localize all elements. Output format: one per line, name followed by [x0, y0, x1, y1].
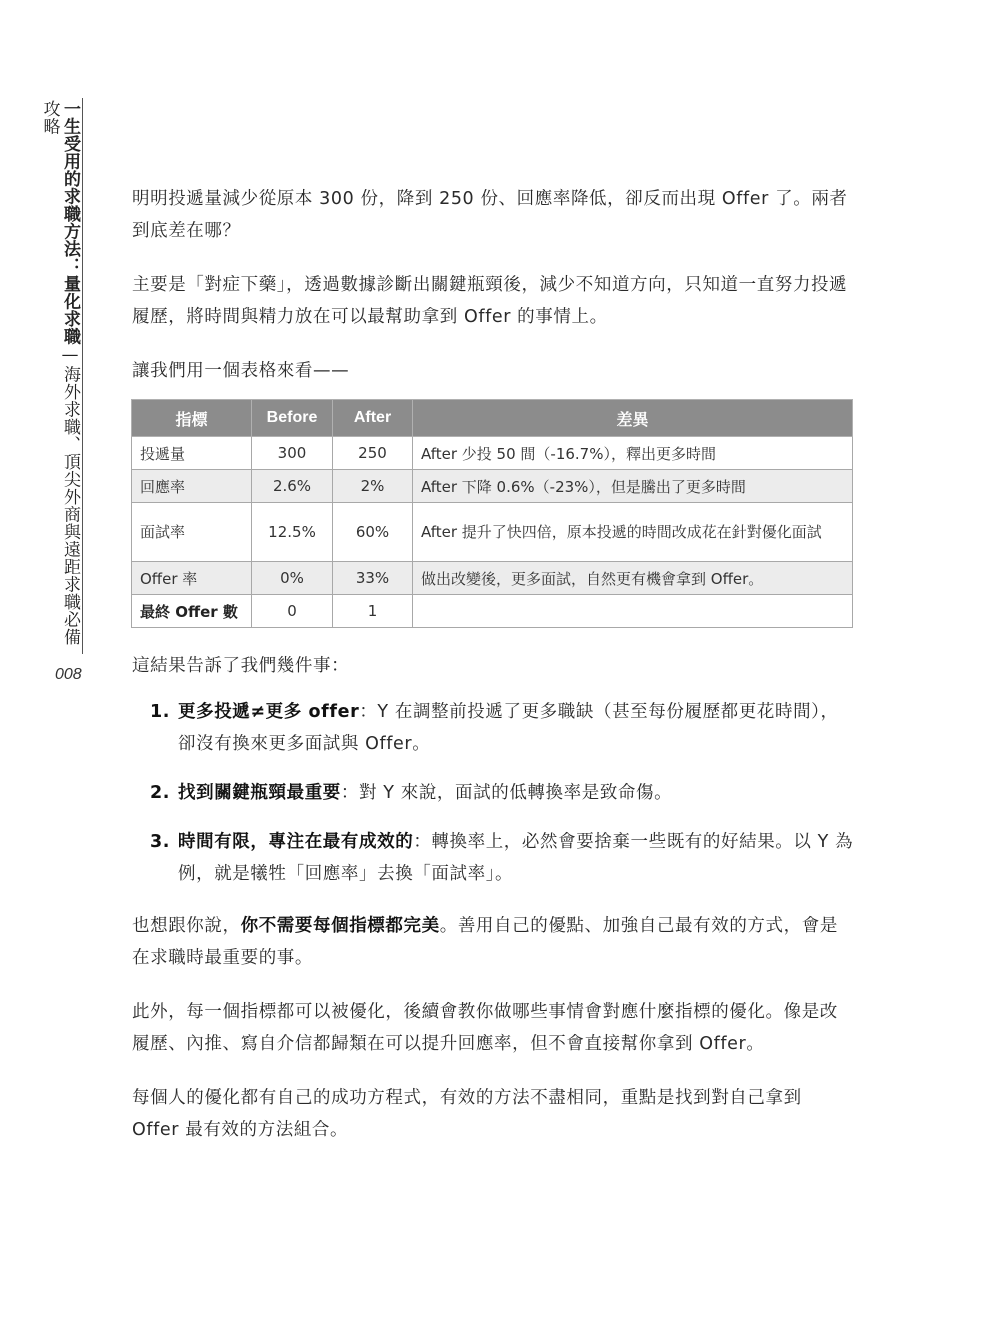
running-title-main: 一生受用的求職方法：量化求職 — [60, 100, 80, 345]
table-row: 投遞量 300 250 After 少投 50 間（-16.7%），釋出更多時間 — [132, 437, 853, 470]
paragraph-diagnosis: 主要是「對症下藥」，透過數據診斷出關鍵瓶頸後，減少不知道方向，只知道一直努力投遞… — [132, 269, 854, 333]
takeaways-list: 1.更多投遞≠更多 offer：Y 在調整前投遞了更多職缺（甚至每份履歷都更花時… — [132, 696, 854, 890]
cell-metric: 投遞量 — [132, 437, 252, 470]
cell-metric: 面試率 — [132, 503, 252, 562]
page-number: 008 — [55, 666, 82, 684]
cell-metric: 最終 Offer 數 — [132, 595, 252, 628]
text-segment: 也想跟你說， — [132, 916, 241, 936]
list-item: 2.找到關鍵瓶頸最重要：對 Y 來說，面試的低轉換率是致命傷。 — [150, 777, 854, 809]
paragraph-no-need-perfect: 也想跟你說，你不需要每個指標都完美。善用自己的優點、加強自己最有效的方式，會是在… — [132, 910, 854, 974]
list-item-heading: 時間有限，專注在最有成效的 — [178, 832, 413, 852]
table-row: 最終 Offer 數 0 1 — [132, 595, 853, 628]
table-row: 回應率 2.6% 2% After 下降 0.6%（-23%），但是騰出了更多時… — [132, 470, 853, 503]
paragraph-optimization: 此外，每一個指標都可以被優化，後續會教你做哪些事情會對應什麼指標的優化。像是改履… — [132, 996, 854, 1060]
paragraph-takeaways-lead: 這結果告訴了我們幾件事： — [132, 650, 854, 682]
header-difference: 差異 — [413, 400, 853, 437]
list-item-heading: 找到關鍵瓶頸最重要 — [178, 783, 341, 803]
list-item-text: ：對 Y 來說，面試的低轉換率是致命傷。 — [341, 783, 672, 803]
cell-before: 12.5% — [252, 503, 333, 562]
cell-after: 60% — [333, 503, 413, 562]
cell-diff: After 少投 50 間（-16.7%），釋出更多時間 — [413, 437, 853, 470]
list-item-heading: 更多投遞≠更多 offer — [178, 702, 359, 722]
list-item: 1.更多投遞≠更多 offer：Y 在調整前投遞了更多職缺（甚至每份履歷都更花時… — [150, 696, 854, 760]
cell-after: 2% — [333, 470, 413, 503]
cell-diff: 做出改變後，更多面試，自然更有機會拿到 Offer。 — [413, 562, 853, 595]
cell-diff: After 下降 0.6%（-23%），但是騰出了更多時間 — [413, 470, 853, 503]
running-title-rule — [82, 98, 83, 654]
page-body: 明明投遞量減少從原本 300 份，降到 250 份、回應率降低，卻反而出現 Of… — [132, 183, 854, 1168]
running-title: 一生受用的求職方法：量化求職—海外求職、頂尖外商與遠距求職必備攻略 — [58, 100, 80, 660]
cell-before: 2.6% — [252, 470, 333, 503]
list-number: 2. — [150, 777, 178, 809]
header-after: After — [333, 400, 413, 437]
paragraph-conclusion: 每個人的優化都有自己的成功方程式，有效的方法不盡相同，重點是找到對自己拿到 Of… — [132, 1082, 854, 1146]
cell-diff: After 提升了快四倍，原本投遞的時間改成花在針對優化面試 — [413, 503, 853, 562]
cell-after: 250 — [333, 437, 413, 470]
table-row: Offer 率 0% 33% 做出改變後，更多面試，自然更有機會拿到 Offer… — [132, 562, 853, 595]
list-number: 3. — [150, 826, 178, 858]
metrics-table: 指標 Before After 差異 投遞量 300 250 After 少投 … — [131, 399, 853, 628]
header-metric: 指標 — [132, 400, 252, 437]
list-item: 3.時間有限，專注在最有成效的：轉換率上，必然會要捨棄一些既有的好結果。以 Y … — [150, 826, 854, 890]
cell-metric: Offer 率 — [132, 562, 252, 595]
emphasis: 你不需要每個指標都完美 — [241, 916, 440, 936]
cell-before: 300 — [252, 437, 333, 470]
header-before: Before — [252, 400, 333, 437]
paragraph-table-lead: 讓我們用一個表格來看—— — [132, 355, 854, 387]
cell-metric: 回應率 — [132, 470, 252, 503]
cell-after: 33% — [333, 562, 413, 595]
cell-after: 1 — [333, 595, 413, 628]
cell-before: 0 — [252, 595, 333, 628]
table-header-row: 指標 Before After 差異 — [132, 400, 853, 437]
cell-diff — [413, 595, 853, 628]
list-number: 1. — [150, 696, 178, 728]
cell-before: 0% — [252, 562, 333, 595]
paragraph-intro: 明明投遞量減少從原本 300 份，降到 250 份、回應率降低，卻反而出現 Of… — [132, 183, 854, 247]
table-row: 面試率 12.5% 60% After 提升了快四倍，原本投遞的時間改成花在針對… — [132, 503, 853, 562]
